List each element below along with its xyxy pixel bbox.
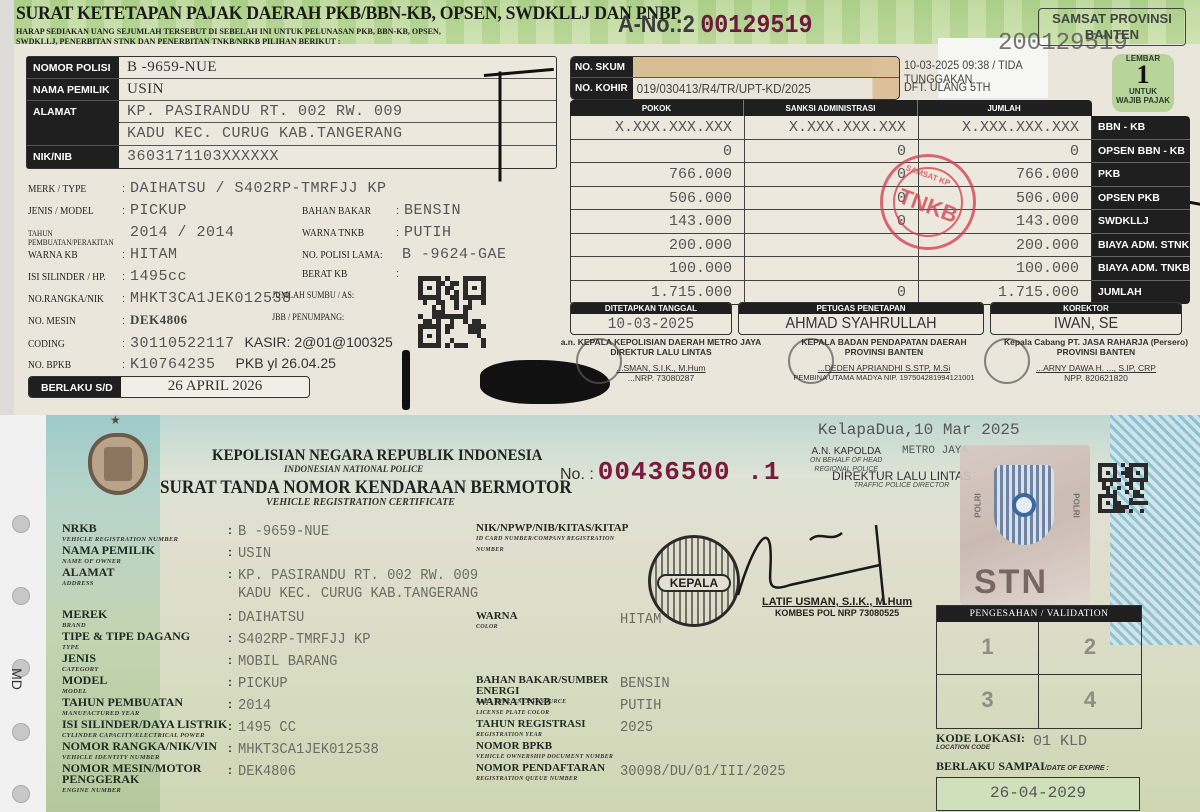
header-pokok: POKOK (570, 100, 744, 116)
punch-hole (12, 515, 30, 533)
label: NIK/NIB (27, 146, 119, 168)
colon: : (228, 697, 238, 719)
validation-cell-4: 4 (1039, 675, 1141, 728)
label: WARNA TNKB (302, 228, 387, 239)
handwritten-note: MD (9, 668, 25, 690)
label: ISI SILINDER / HP. (28, 272, 113, 283)
tax-row-label: BBN - KB (1092, 116, 1190, 140)
crest-shield (104, 447, 132, 481)
colon: : (228, 763, 238, 796)
tax-row-label: SWDKLLJ (1092, 210, 1190, 234)
stnk-field: JENISCATEGORY:MOBIL BARANG (62, 653, 346, 675)
stnk-field: NOMOR BPKBVEHICLE OWNERSHIP DOCUMENT NUM… (476, 741, 620, 763)
owner-name: USIN (119, 79, 556, 100)
stnk-field: ALAMATADDRESS:KP. PASIRANDU RT. 002 RW. … (62, 567, 499, 603)
value: PUTIH (404, 224, 452, 241)
tax-cell-pokok: 143.000 (571, 210, 745, 233)
label: BERLAKU SAMPAI (936, 759, 1045, 773)
stnk-field: NIK/NPWP/NIB/KITAS/KITAPID CARD NUMBER/C… (476, 523, 620, 556)
label-en: ENGINE NUMBER (62, 785, 228, 796)
label: NRKB (62, 523, 228, 534)
label: NOMOR MESIN/MOTOR PENGGERAK (62, 763, 228, 785)
label: BAHAN BAKAR/SUMBER ENERGI (476, 675, 616, 697)
row-nomor-polisi: NOMOR POLISI B -9659-NUE (27, 57, 556, 79)
label: JUMLAH SUMBU / AS: (272, 290, 371, 300)
field-label: ISI SILINDER/DAYA LISTRIKCYLINDER CAPACI… (62, 719, 228, 741)
colon: : (122, 293, 130, 305)
tax-row: 000 (571, 140, 1091, 164)
validation-cell-1: 1 (937, 622, 1039, 675)
stnk-field: TIPE & TIPE DAGANGTYPE:S402RP-TMRFJJ KP (62, 631, 382, 653)
title: KEPALA BADAN PENDAPATAN DAERAH (774, 337, 994, 347)
label: ALAMAT (27, 101, 119, 145)
label: NOMOR POLISI (27, 57, 119, 78)
colon: : (228, 631, 238, 653)
label-en: ADDRESS (62, 578, 228, 589)
field-label: MEREKBRAND (62, 609, 228, 631)
field-warna-tnkb: WARNA TNKB:PUTIH (302, 224, 452, 241)
stnk-agency-en: INDONESIAN NATIONAL POLICE (284, 464, 423, 474)
value: 30110522117 (130, 335, 235, 352)
validation-cell-2: 2 (1039, 622, 1141, 675)
field-label: WARNA TNKBLICENSE PLATE COLOR (476, 697, 616, 719)
field-value: 2025 (620, 719, 653, 741)
validation-header: PENGESAHAN / VALIDATION (937, 606, 1141, 622)
issue-place-date: KelapaDua,10 Mar 2025 (818, 421, 1020, 439)
tax-row-label: BIAYA ADM. STNK (1092, 234, 1190, 258)
stnk-agency: KEPOLISIAN NEGARA REPUBLIK INDONESIA (212, 447, 542, 465)
ink-mark (402, 350, 410, 410)
label: NAMA PEMILIK (62, 545, 228, 556)
subtitle: DIREKTUR LALU LINTAS (556, 347, 766, 357)
field-value: HITAM (620, 611, 661, 633)
label: MEREK (62, 609, 228, 620)
field-value: B -9659-NUE (238, 523, 329, 545)
name: ...ARNY DAWA H. ..., S.IP, CRP (992, 363, 1200, 373)
copy-number: 1 (1112, 63, 1174, 87)
hologram-side-text: POLRI (974, 493, 983, 517)
serial-number: A-No.:200129519 (618, 10, 813, 40)
owner-identity-table: NOMOR POLISI B -9659-NUE NAMA PEMILIK US… (26, 56, 557, 169)
label: MERK / TYPE (28, 184, 113, 195)
value: K10764235 (130, 356, 216, 373)
field-merk-type: MERK / TYPE:DAIHATSU / S402RP-TMRFJJ KP (28, 180, 387, 197)
qr-code (1098, 463, 1148, 513)
colon: : (228, 545, 238, 567)
label: TAHUN PEMBUATAN (62, 697, 228, 708)
address-line-1: KP. PASIRANDU RT. 002 RW. 009 (119, 101, 556, 123)
stnk-field: TAHUN PEMBUATANMANUFACTURED YEAR:2014 (62, 697, 274, 719)
kohir-label: NO. KOHIR (571, 78, 633, 99)
label: WARNA KB (28, 250, 113, 261)
field-label: NOMOR RANGKA/NIK/VINVEHICLE IDENTITY NUM… (62, 741, 228, 763)
field-value: 30098/DU/01/III/2025 (620, 763, 786, 785)
pkb-last-year: PKB yl 26.04.25 (236, 355, 336, 371)
region: METRO JAYA (902, 445, 968, 457)
field-label: NOMOR BPKBVEHICLE OWNERSHIP DOCUMENT NUM… (476, 741, 616, 763)
value: DAIHATSU / S402RP-TMRFJJ KP (130, 180, 387, 197)
row-nama-pemilik: NAMA PEMILIK USIN (27, 79, 556, 101)
police-crest-icon (88, 433, 148, 495)
stnk-number-label: No. : (560, 466, 594, 483)
field-label: ALAMATADDRESS (62, 567, 228, 603)
field-no-polisi-lama: NO. POLISI LAMA:B -9624-GAE (302, 246, 507, 263)
stnk-field: WARNACOLORHITAM (476, 611, 665, 633)
korektor-value: IWAN, SE (1001, 314, 1172, 334)
tax-cell-pokok: 100.000 (571, 257, 745, 280)
valid-until: BERLAKU S/D 26 APRIL 2026 (28, 376, 310, 398)
tax-cell-pokok: 506.000 (571, 187, 745, 210)
tax-row: 200.000200.000 (571, 234, 1091, 258)
petugas-label: PETUGAS PENETAPAN (739, 303, 983, 314)
hologram-ring-icon (1012, 493, 1036, 517)
tax-cell-pokok: 766.000 (571, 163, 745, 186)
tax-row-label: OPSEN PKB (1092, 187, 1190, 211)
row-nik: NIK/NIB 3603171103XXXXXX (27, 146, 556, 168)
field-tahun: TAHUN PEMBUATAN/PERAKITAN2014 / 2014 (28, 224, 235, 247)
field-label: NOMOR PENDAFTARANREGISTRATION QUEUE NUMB… (476, 763, 616, 785)
field-label: TAHUN REGISTRASIREGISTRATION YEAR (476, 719, 616, 741)
id: PEMBINA UTAMA MADYA NIP. 197504281994121… (774, 373, 994, 383)
field-value: MOBIL BARANG (238, 653, 337, 675)
value: B -9624-GAE (402, 246, 507, 263)
header-sanksi: SANKSI ADMINISTRASI (744, 100, 918, 116)
expiry-label: BERLAKU SAMPAI/DATE OF EXPIRE : (936, 757, 1140, 775)
ditetapkan-box: DITETAPKAN TANGGAL 10-03-2025 (570, 302, 732, 335)
row-kohir: NO. KOHIR 019/030413/R4/TR/UPT-KD/2025 (571, 78, 899, 99)
row-skum: NO. SKUM (571, 57, 899, 78)
label: NO. POLISI LAMA: (302, 250, 387, 261)
title: a.n. KEPALA KEPOLISIAN DAERAH METRO JAYA (556, 337, 766, 347)
colon: : (122, 315, 130, 327)
validation-grid: PENGESAHAN / VALIDATION 1 2 3 4 (936, 605, 1142, 729)
stnk-field: WARNA TNKBLICENSE PLATE COLORPUTIH (476, 697, 665, 719)
tax-row: 100.000100.000 (571, 257, 1091, 281)
field-jumlah-sumbu: JUMLAH SUMBU / AS: (272, 290, 382, 300)
tax-row-label: JUMLAH (1092, 281, 1190, 305)
label: NO. BPKB (28, 360, 113, 371)
colon: : (396, 205, 404, 217)
hologram-text: STN (974, 563, 1048, 602)
petugas-value: AHMAD SYAHRULLAH (751, 314, 971, 334)
field-label: TIPE & TIPE DAGANGTYPE (62, 631, 228, 653)
field-value: PUTIH (620, 697, 661, 719)
colon: : (228, 567, 238, 603)
assessment-signatures: DITETAPKAN TANGGAL 10-03-2025 PETUGAS PE… (570, 302, 1182, 335)
tnkb-taken-stamp: SAMSAT KP TNKB (880, 154, 976, 250)
address-line-2: KADU KEC. CURUG KAB.TANGERANG (119, 123, 556, 145)
title: Kepala Cabang PT. JASA RAHARJA (Persero) (992, 337, 1200, 347)
row-alamat: ALAMAT KP. PASIRANDU RT. 002 RW. 009 KAD… (27, 101, 556, 146)
label: NO.RANGKA/NIK (28, 294, 113, 305)
tax-cell-pokok: 1.715.000 (571, 281, 745, 305)
label: CODING (28, 339, 113, 350)
tax-cell-pokok: X.XXX.XXX.XXX (571, 116, 745, 139)
field-value: S402RP-TMRFJJ KP (238, 631, 371, 653)
tax-row: 506.0000506.000 (571, 187, 1091, 211)
stnk-number-value: 00436500 .1 (598, 457, 781, 487)
tax-cell-sanksi (745, 257, 919, 280)
field-label: MODELMODEL (62, 675, 228, 697)
stnk-field: NOMOR MESIN/MOTOR PENGGERAKENGINE NUMBER… (62, 763, 301, 796)
field-value: 2014 (238, 697, 271, 719)
label: ALAMAT (62, 567, 228, 578)
valid-until-label: BERLAKU S/D (29, 377, 121, 397)
hologram: POLRI POLRI STN (960, 445, 1090, 605)
skpd-tax-assessment: SURAT KETETAPAN PAJAK DAERAH PKB/BBN-KB,… (14, 0, 1200, 415)
serial-prefix: A-No.:2 (618, 11, 695, 38)
tax-cell-jumlah: X.XXX.XXX.XXX (919, 116, 1091, 139)
skpd-title: SURAT KETETAPAN PAJAK DAERAH PKB/BBN-KB,… (16, 3, 681, 25)
kapolda-label: A.N. KAPOLDA (810, 447, 882, 456)
ditetapkan-value: 10-03-2025 (579, 314, 723, 334)
label: WARNA TNKB (476, 697, 616, 708)
ditetapkan-label: DITETAPKAN TANGGAL (571, 303, 731, 314)
label: JENIS / MODEL (28, 206, 113, 217)
stnk-title: SURAT TANDA NOMOR KENDARAAN BERMOTOR (160, 477, 572, 499)
petugas-box: PETUGAS PENETAPAN AHMAD SYAHRULLAH (738, 302, 984, 335)
value: 2014 / 2014 (130, 224, 235, 241)
colon: : (122, 271, 130, 283)
expiry: BERLAKU SAMPAI/DATE OF EXPIRE : 26-04-20… (936, 757, 1140, 811)
location-code: KODE LOKASI:LOCATION CODE 01 KLD (936, 733, 1087, 753)
field-label: TAHUN PEMBUATANMANUFACTURED YEAR (62, 697, 228, 719)
field-value: DEK4806 (238, 763, 296, 796)
valid-until-value: 26 APRIL 2026 (121, 377, 309, 397)
tax-cell-sanksi: X.XXX.XXX.XXX (745, 116, 919, 139)
field-warna-kb: WARNA KB:HITAM (28, 246, 178, 263)
korektor-box: KOREKTOR IWAN, SE (990, 302, 1182, 335)
colon: : (228, 653, 238, 675)
label: NOMOR RANGKA/NIK/VIN (62, 741, 228, 752)
location-code-label: KODE LOKASI:LOCATION CODE (936, 733, 1025, 753)
qr-code (418, 276, 486, 348)
field-value: KP. PASIRANDU RT. 002 RW. 009 KADU KEC. … (238, 567, 478, 603)
signature (730, 515, 900, 605)
serial-value: 00129519 (700, 10, 812, 40)
address-block: KP. PASIRANDU RT. 002 RW. 009 KADU KEC. … (119, 101, 556, 145)
tax-cell-jumlah: 100.000 (919, 257, 1091, 280)
tax-row: 143.0000143.000 (571, 210, 1091, 234)
stnk-vehicle-registration: KEPOLISIAN NEGARA REPUBLIK INDONESIA IND… (40, 415, 1200, 812)
punch-hole (12, 723, 30, 741)
label: TAHUN PEMBUATAN/PERAKITAN (28, 229, 120, 247)
colon: : (122, 205, 130, 217)
stnk-field: MEREKBRAND:DAIHATSU (62, 609, 310, 631)
colon: : (228, 719, 238, 741)
colon: : (228, 523, 238, 545)
field-jbb: JBB / PENUMPANG: (272, 312, 382, 322)
label: JENIS (62, 653, 228, 664)
value: PICKUP (130, 202, 187, 219)
copy-for: UNTUK (1129, 87, 1157, 96)
binder-strip: MD (0, 415, 46, 812)
punch-hole (12, 785, 30, 803)
field-value: DAIHATSU (238, 609, 304, 631)
field-label: WARNACOLOR (476, 611, 616, 633)
label: TAHUN REGISTRASI (476, 719, 616, 730)
skpd-instruction-2: SWDKLLJ, PENERBITAN STNK DAN PENERBITAN … (16, 36, 340, 46)
samsat-office-box: SAMSAT PROVINSI BANTEN (1038, 8, 1186, 46)
colon: : (228, 675, 238, 697)
field-label: NAMA PEMILIKNAME OF OWNER (62, 545, 228, 567)
value: DEK4806 (130, 312, 188, 328)
tax-row-label: BIAYA ADM. TNKB (1092, 257, 1190, 281)
signatory-bapenda: KEPALA BADAN PENDAPATAN DAERAH PROVINSI … (774, 337, 994, 383)
colon: : (228, 741, 238, 763)
field-no-rangka: NO.RANGKA/NIK:MHKT3CA1JEK012538 (28, 290, 292, 307)
punch-hole (12, 587, 30, 605)
tax-cell-jumlah: 1.715.000 (919, 281, 1091, 305)
stnk-field: NAMA PEMILIKNAME OF OWNER:USIN (62, 545, 274, 567)
tax-table-header: POKOK SANKSI ADMINISTRASI JUMLAH (570, 100, 1092, 116)
signer: LATIF USMAN, S.I.K., M.Hum KOMBES POL NR… (762, 597, 912, 619)
label: NAMA PEMILIK (27, 79, 119, 100)
field-label: NIK/NPWP/NIB/KITAS/KITAPID CARD NUMBER/C… (476, 523, 616, 556)
tax-row: 1.715.00001.715.000 (571, 281, 1091, 305)
stnk-field: ISI SILINDER/DAYA LISTRIKCYLINDER CAPACI… (62, 719, 301, 741)
skpd-instruction-1: HARAP SEDIAKAN UANG SEJUMLAH TERSEBUT DI… (16, 26, 441, 36)
name: ...DEDEN APRIANDHI S.STP, M.Si (774, 363, 994, 373)
field-no-bpkb: NO. BPKB:K10764235PKB yl 26.04.25 (28, 355, 336, 373)
stnk-number: No. :00436500 .1 (560, 457, 780, 487)
label: NOMOR BPKB (476, 741, 616, 752)
stnk-field: NRKBVEHICLE REGISTRATION NUMBER:B -9659-… (62, 523, 337, 545)
label: KODE LOKASI: (936, 733, 1025, 743)
label-en: ID CARD NUMBER/COMPANY REGISTRATION NUMB… (476, 534, 616, 556)
location-code-value: 01 KLD (1033, 733, 1087, 750)
expiry-date: 26-04-2029 (936, 777, 1140, 811)
stamp-label: KEPALA (657, 574, 731, 592)
subtitle: PROVINSI BANTEN (992, 347, 1200, 357)
tax-cell-pokok: 0 (571, 140, 745, 163)
colon: : (122, 183, 130, 195)
stnk-field: NOMOR RANGKA/NIK/VINVEHICLE IDENTITY NUM… (62, 741, 391, 763)
director: DIREKTUR LALU LINTAS TRAFFIC POLICE DIRE… (832, 471, 971, 491)
label: NO. MESIN (28, 316, 113, 327)
skum-value (633, 57, 872, 77)
tax-cell-sanksi (745, 234, 919, 257)
hologram-side-text: POLRI (1072, 493, 1081, 517)
stnk-title-en: VEHICLE REGISTRATION CERTIFICATE (266, 497, 455, 508)
label: BAHAN BAKAR (302, 206, 387, 217)
kohir-value: 019/030413/R4/TR/UPT-KD/2025 (633, 78, 872, 99)
value: HITAM (130, 246, 178, 263)
field-value: USIN (238, 545, 271, 567)
field-label: NOMOR MESIN/MOTOR PENGGERAKENGINE NUMBER (62, 763, 228, 796)
korektor-label: KOREKTOR (991, 303, 1181, 314)
id: ...NRP. 73080287 (556, 373, 766, 383)
colon: : (396, 268, 404, 280)
label: WARNA (476, 611, 616, 622)
signer-name: LATIF USMAN, S.I.K., M.Hum (762, 597, 912, 608)
tax-row: 766.0000766.000 (571, 163, 1091, 187)
colon: : (122, 338, 130, 350)
field-label: NRKBVEHICLE REGISTRATION NUMBER (62, 523, 228, 545)
label: NIK/NPWP/NIB/KITAS/KITAP (476, 523, 616, 534)
tax-row-label: OPSEN BBN - KB (1092, 140, 1190, 164)
tax-row-label: PKB (1092, 163, 1190, 187)
label: MODEL (62, 675, 228, 686)
field-coding: CODING:30110522117KASIR: 2@01@100325 (28, 334, 393, 352)
director-stamp: KEPALA (648, 535, 740, 627)
tax-row-labels: BBN - KBOPSEN BBN - KBPKBOPSEN PKBSWDKLL… (1092, 116, 1190, 304)
field-berat-kb: BERAT KB: (302, 268, 404, 280)
colon: : (228, 609, 238, 631)
tax-table-body: X.XXX.XXX.XXXX.XXX.XXX.XXXX.XXX.XXX.XXX0… (570, 116, 1092, 305)
label-en: COLOR (476, 622, 616, 633)
signatory-police: a.n. KEPALA KEPOLISIAN DAERAH METRO JAYA… (556, 337, 766, 383)
label: JBB / PENUMPANG: (272, 312, 371, 322)
label: NOMOR PENDAFTARAN (476, 763, 616, 774)
label-en: /DATE OF EXPIRE : (1045, 765, 1109, 772)
field-value: 1495 CC (238, 719, 296, 741)
signer-id: KOMBES POL NRP 73080525 (762, 608, 912, 619)
director-label: DIREKTUR LALU LINTAS (832, 471, 971, 481)
skum-label: NO. SKUM (571, 57, 633, 77)
pen-stroke (499, 72, 502, 182)
kohir-note: DFT. ULANG 5TH (904, 80, 990, 94)
tax-row: X.XXX.XXX.XXXX.XXX.XXX.XXXX.XXX.XXX.XXX (571, 116, 1091, 140)
validation-cells: 1 2 3 4 (937, 622, 1141, 728)
field-bahan-bakar: BAHAN BAKAR:BENSIN (302, 202, 461, 219)
id: NPP. 820621820 (992, 373, 1200, 383)
field-no-mesin: NO. MESIN:DEK4806 (28, 312, 188, 328)
value: 1495cc (130, 268, 187, 285)
kapolda-en-1: ON BEHALF OF HEAD (810, 456, 882, 465)
value: BENSIN (404, 202, 461, 219)
signatory-jasa-raharja: Kepala Cabang PT. JASA RAHARJA (Persero)… (992, 337, 1200, 383)
field-value: MHKT3CA1JEK012538 (238, 741, 379, 763)
cashier-code: KASIR: 2@01@100325 (245, 334, 393, 350)
field-jenis-model: JENIS / MODEL:PICKUP (28, 202, 187, 219)
label: TIPE & TIPE DAGANG (62, 631, 228, 642)
value: MHKT3CA1JEK012538 (130, 290, 292, 307)
subtitle: PROVINSI BANTEN (774, 347, 994, 357)
label: BERAT KB (302, 269, 387, 280)
label-en: REGISTRATION QUEUE NUMBER (476, 774, 616, 785)
header-jumlah: JUMLAH (918, 100, 1090, 116)
colon: : (396, 227, 404, 239)
stnk-field: MODELMODEL:PICKUP (62, 675, 292, 697)
field-value: PICKUP (238, 675, 288, 697)
stnk-field: NOMOR PENDAFTARANREGISTRATION QUEUE NUMB… (476, 763, 800, 785)
tax-cell-sanksi: 0 (745, 281, 919, 305)
skum-kohir-box: NO. SKUM NO. KOHIR 019/030413/R4/TR/UPT-… (570, 56, 900, 100)
label: ISI SILINDER/DAYA LISTRIK (62, 719, 228, 730)
nik-value: 3603171103XXXXXX (119, 146, 556, 168)
colon: : (122, 249, 130, 261)
stnk-field: TAHUN REGISTRASIREGISTRATION YEAR2025 (476, 719, 656, 741)
name: ...SMAN, S.I.K., M.Hum (556, 363, 766, 373)
field-isi-silinder: ISI SILINDER / HP.:1495cc (28, 268, 187, 285)
tax-cell-pokok: 200.000 (571, 234, 745, 257)
colon: : (122, 359, 130, 371)
validation-cell-3: 3 (937, 675, 1039, 728)
field-label: JENISCATEGORY (62, 653, 228, 675)
